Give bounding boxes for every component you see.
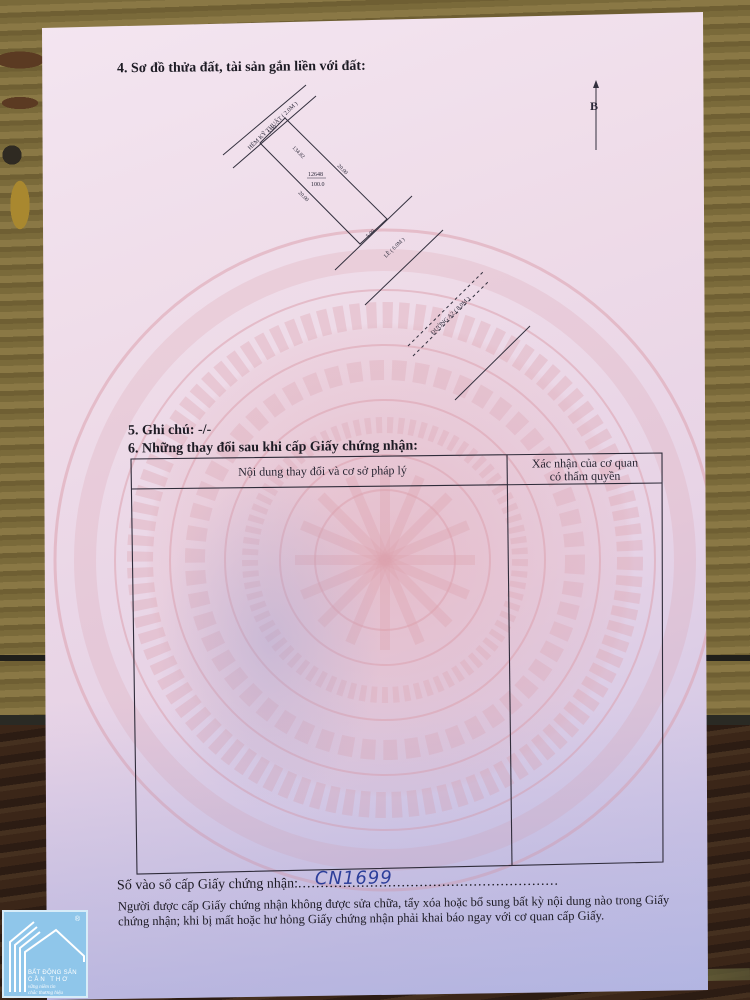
table-body-change-content-cell: [140, 495, 505, 865]
bat-dong-san-can-tho-logo: ® BẤT ĐỘNG SẢN CẦN THƠ vững niềm tin chắ…: [2, 910, 88, 998]
table-body-authority-cell: [515, 490, 660, 860]
logo-slogan-line2: chắc thương hiệu: [28, 991, 63, 997]
registry-number-handwritten: CN1699: [315, 867, 393, 889]
logo-brand-line2: CẦN THƠ: [28, 977, 77, 984]
registry-label: Số vào sổ cấp Giấy chứng nhận:: [117, 876, 298, 893]
registered-mark: ®: [75, 916, 80, 923]
logo-brand-text: BẤT ĐỘNG SẢN CẦN THƠ: [28, 970, 77, 984]
table-header-authority-confirmation: Xác nhận của cơ quan có thẩm quyền: [510, 456, 660, 484]
logo-slogan: vững niềm tin chắc thương hiệu: [28, 985, 63, 997]
logo-brand-line1: BẤT ĐỘNG SẢN: [28, 970, 77, 977]
authority-header-line2: có thẩm quyền: [510, 469, 660, 484]
